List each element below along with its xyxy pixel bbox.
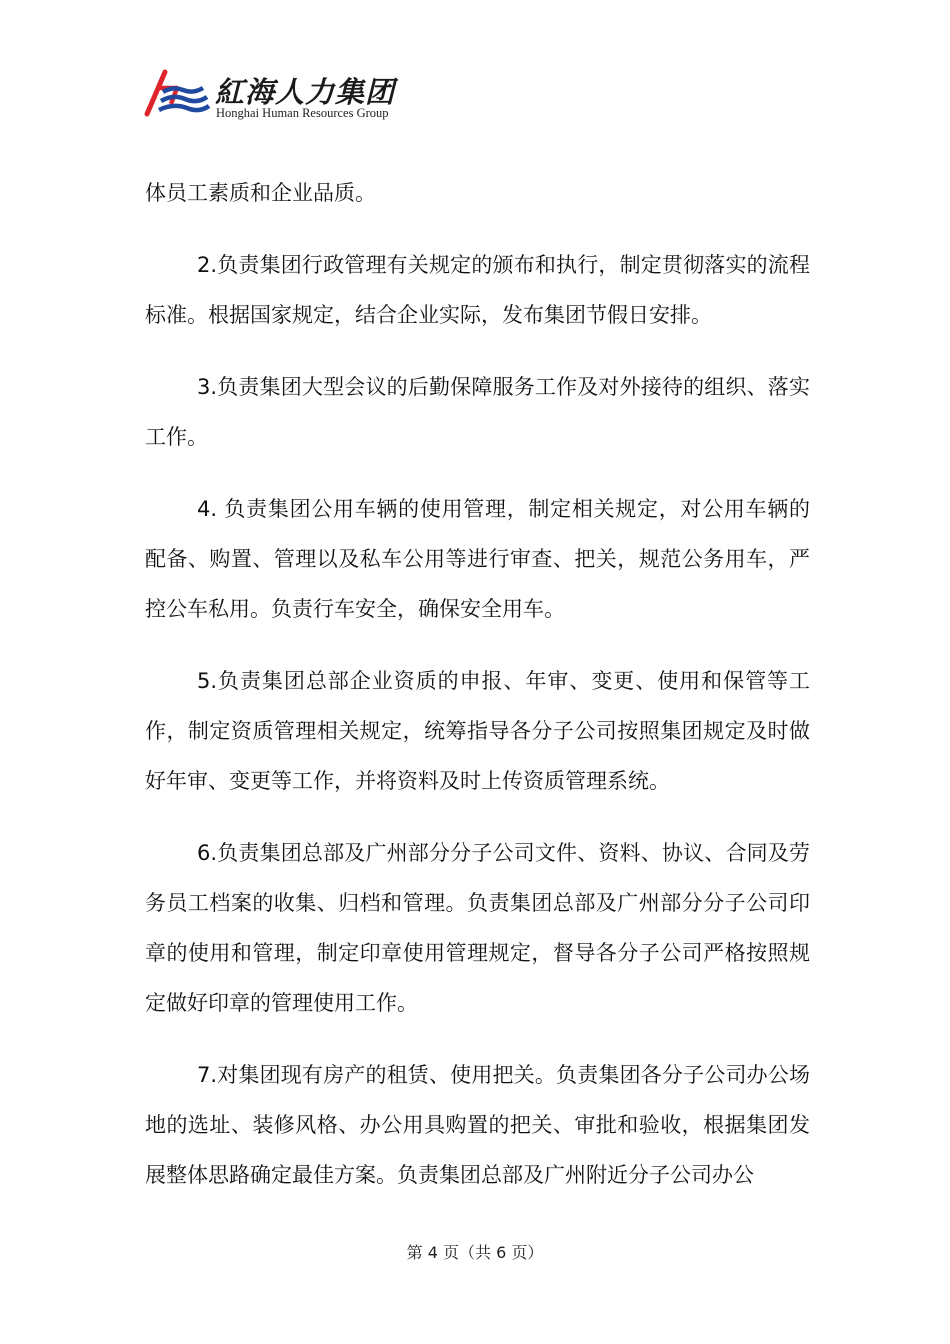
- document-body: 体员工素质和企业品质。 2.负责集团行政管理有关规定的颁布和执行，制定贯彻落实的…: [145, 168, 810, 1222]
- paragraph-text: 2.负责集团行政管理有关规定的颁布和执行，制定贯彻落实的流程标准。根据国家规定，…: [145, 253, 810, 327]
- paragraph-text: 5.负责集团总部企业资质的申报、年审、变更、使用和保管等工作，制定资质管理相关规…: [145, 669, 810, 793]
- paragraph-item-3: 3.负责集团大型会议的后勤保障服务工作及对外接待的组织、落实工作。: [145, 362, 810, 462]
- paragraph-item-7: 7.对集团现有房产的租赁、使用把关。负责集团各分子公司办公场地的选址、装修风格、…: [145, 1050, 810, 1200]
- paragraph-item-6: 6.负责集团总部及广州部分分子公司文件、资料、协议、合同及劳务员工档案的收集、归…: [145, 828, 810, 1028]
- honghai-wave-logo-icon: [143, 68, 213, 120]
- paragraph-text: 4. 负责集团公用车辆的使用管理，制定相关规定，对公用车辆的配备、购置、管理以及…: [145, 497, 810, 621]
- paragraph-text: 6.负责集团总部及广州部分分子公司文件、资料、协议、合同及劳务员工档案的收集、归…: [145, 841, 810, 1015]
- logo-chinese-name: 紅海人力集团: [215, 70, 395, 111]
- paragraph-item-4: 4. 负责集团公用车辆的使用管理，制定相关规定，对公用车辆的配备、购置、管理以及…: [145, 484, 810, 634]
- company-logo: 紅海人力集团 Honghai Human Resources Group: [143, 68, 403, 123]
- paragraph-continuation: 体员工素质和企业品质。: [145, 168, 810, 218]
- paragraph-text: 3.负责集团大型会议的后勤保障服务工作及对外接待的组织、落实工作。: [145, 375, 810, 449]
- paragraph-text: 7.对集团现有房产的租赁、使用把关。负责集团各分子公司办公场地的选址、装修风格、…: [145, 1063, 810, 1187]
- page-number: 第 4 页（共 6 页）: [0, 1240, 950, 1263]
- paragraph-item-5: 5.负责集团总部企业资质的申报、年审、变更、使用和保管等工作，制定资质管理相关规…: [145, 656, 810, 806]
- logo-english-name: Honghai Human Resources Group: [216, 106, 389, 121]
- paragraph-item-2: 2.负责集团行政管理有关规定的颁布和执行，制定贯彻落实的流程标准。根据国家规定，…: [145, 240, 810, 340]
